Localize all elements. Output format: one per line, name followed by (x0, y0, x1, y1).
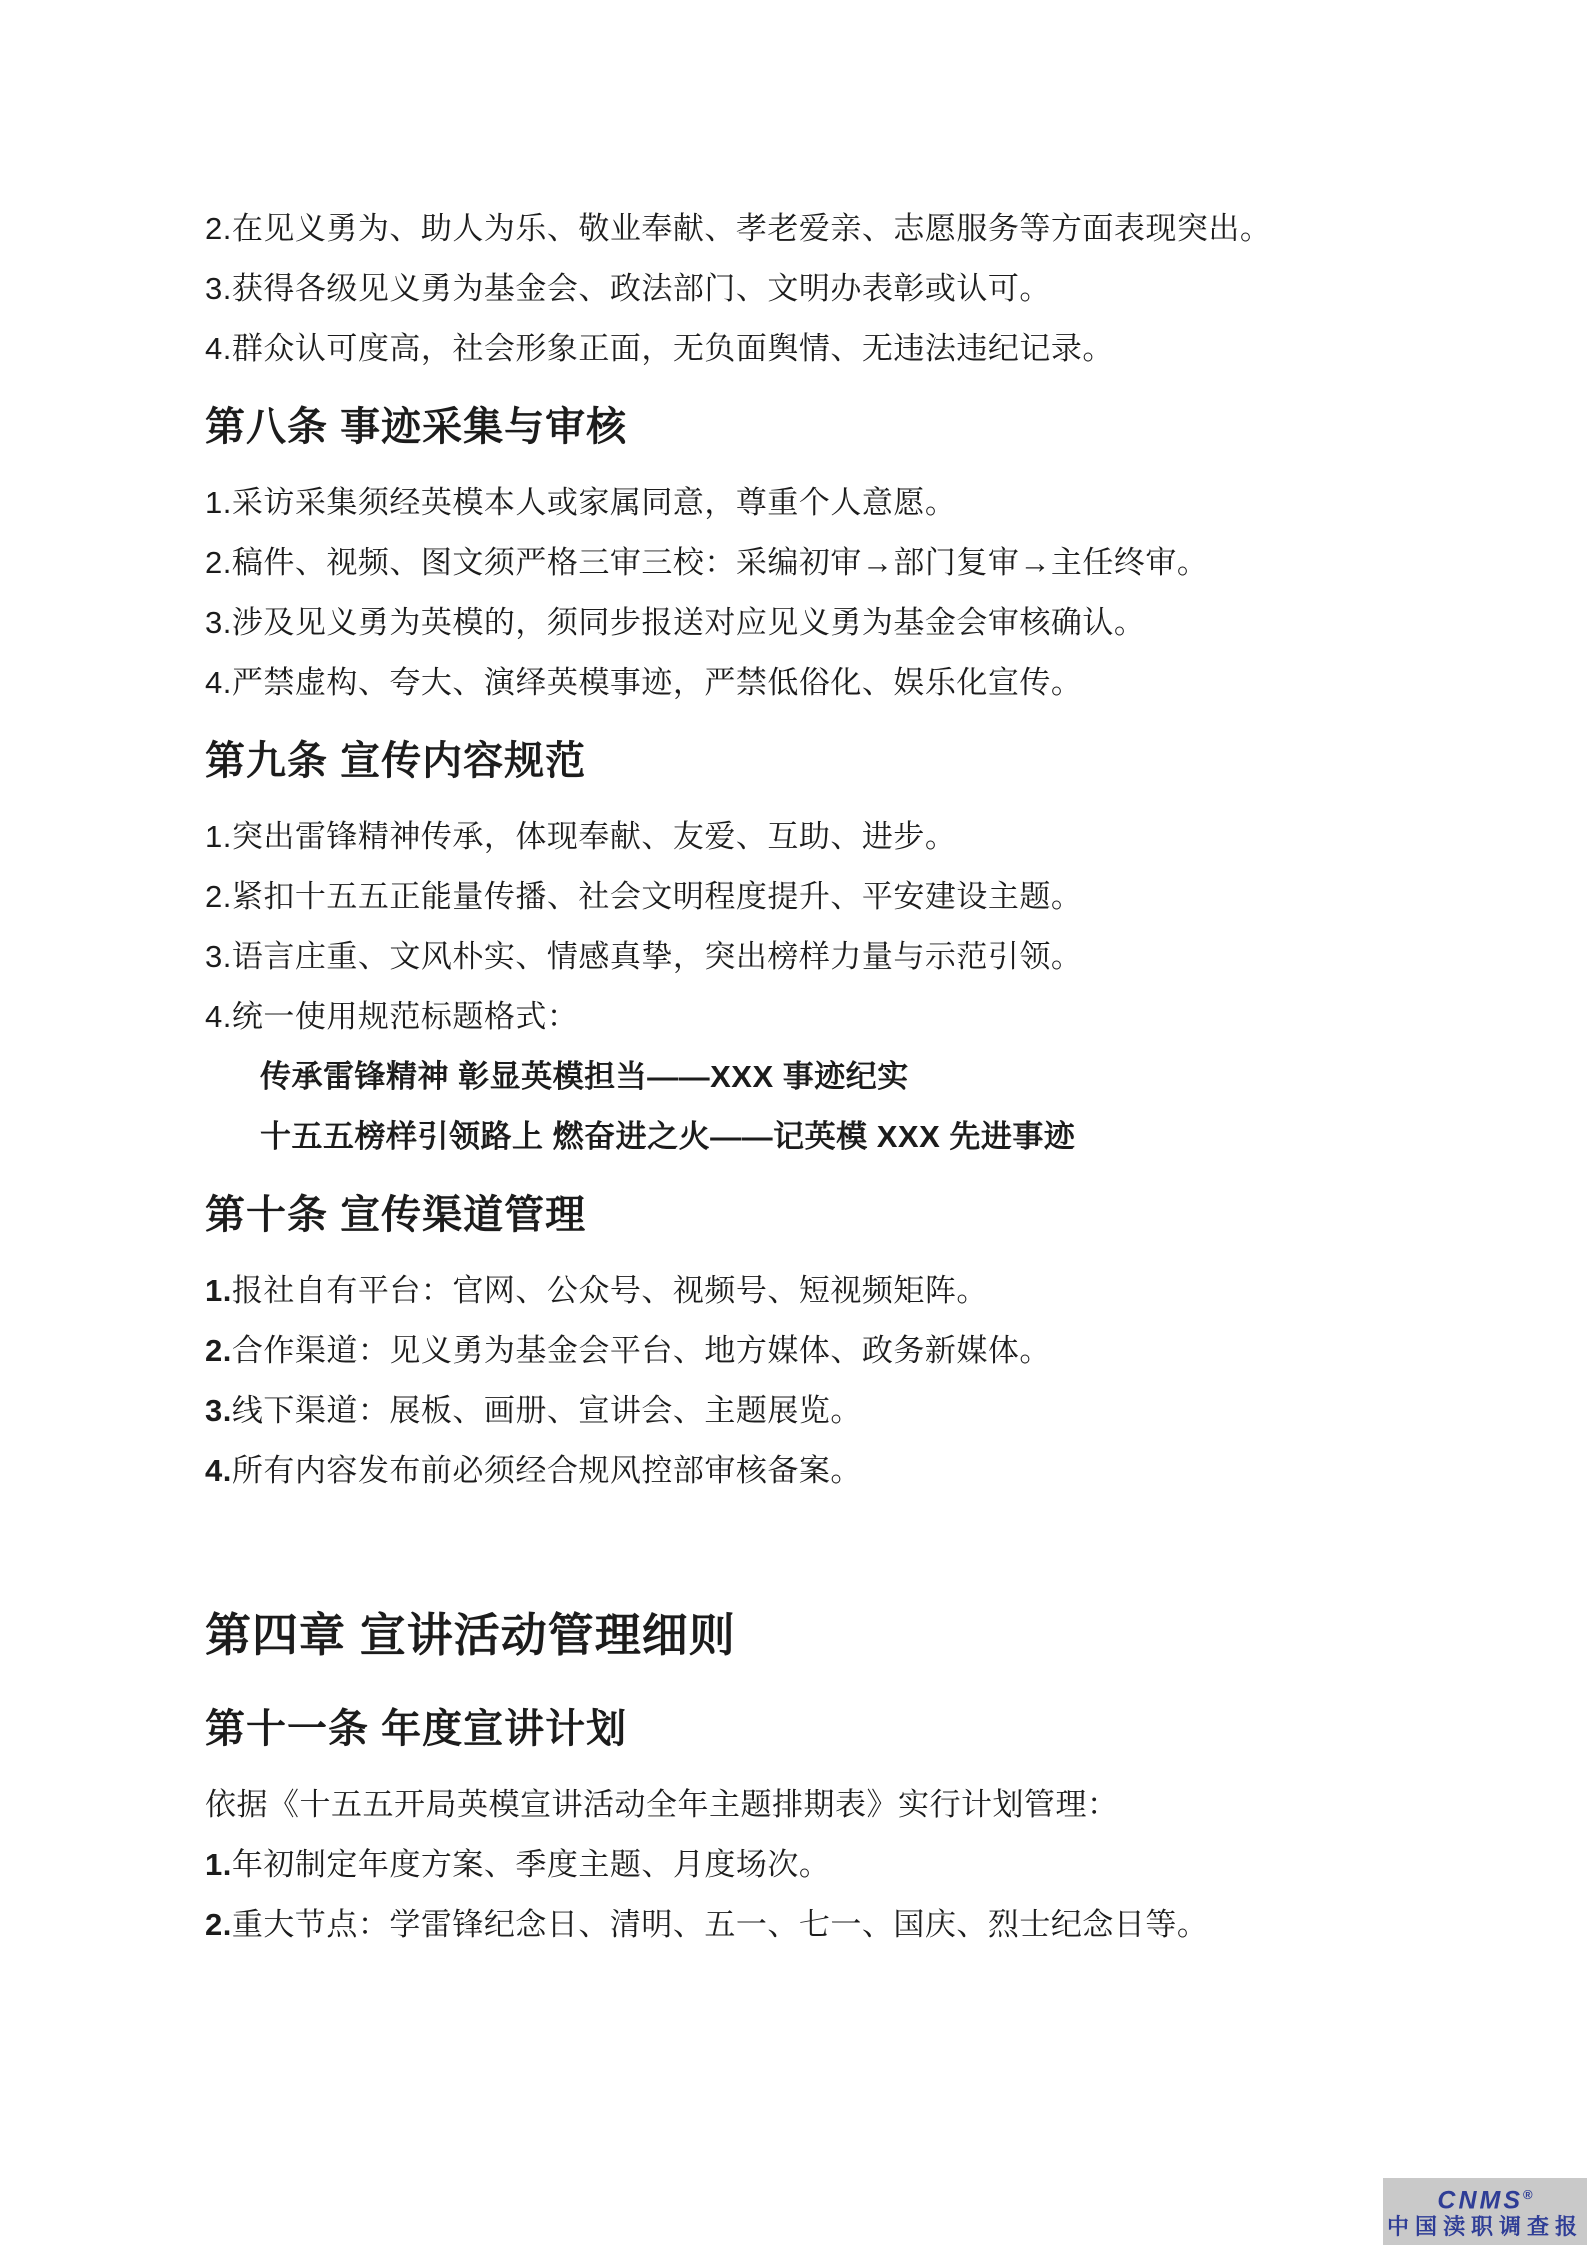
paragraph: 4.群众认可度高，社会形象正面，无负面舆情、无违法违纪记录。 (205, 328, 1395, 370)
list-number: 3. (205, 1393, 232, 1428)
list-number: 1. (205, 485, 232, 520)
paragraph-text: 严禁虚构、夸大、演绎英模事迹，严禁低俗化、娱乐化宣传。 (232, 665, 1083, 700)
paragraph: 2.紧扣十五五正能量传播、社会文明程度提升、平安建设主题。 (205, 876, 1395, 918)
paragraph: 2.在见义勇为、助人为乐、敬业奉献、孝老爱亲、志愿服务等方面表现突出。 (205, 208, 1395, 250)
list-number: 3. (205, 271, 232, 306)
headline-example: 十五五榜样引领路上 燃奋进之火——记英模 XXX 先进事迹 (205, 1116, 1395, 1158)
list-number: 4. (205, 665, 232, 700)
list-number: 4. (205, 999, 232, 1034)
list-number: 2. (205, 1333, 232, 1368)
list-number: 2. (205, 211, 232, 246)
paragraph: 4.所有内容发布前必须经合规风控部审核备案。 (205, 1450, 1395, 1492)
article-heading: 第十条 宣传渠道管理 (205, 1188, 1395, 1242)
paragraph: 3.语言庄重、文风朴实、情感真挚，突出榜样力量与示范引领。 (205, 936, 1395, 978)
paragraph: 4.严禁虚构、夸大、演绎英模事迹，严禁低俗化、娱乐化宣传。 (205, 662, 1395, 704)
paragraph: 1.采访采集须经英模本人或家属同意，尊重个人意愿。 (205, 482, 1395, 524)
paragraph-text: 重大节点：学雷锋纪念日、清明、五一、七一、国庆、烈士纪念日等。 (232, 1907, 1209, 1942)
paragraph-text: 涉及见义勇为英模的，须同步报送对应见义勇为基金会审核确认。 (232, 605, 1146, 640)
paragraph: 4.统一使用规范标题格式： (205, 996, 1395, 1038)
list-number: 2. (205, 1907, 232, 1942)
paragraph-text: 所有内容发布前必须经合规风控部审核备案。 (232, 1453, 862, 1488)
paragraph: 3.获得各级见义勇为基金会、政法部门、文明办表彰或认可。 (205, 268, 1395, 310)
paragraph-text: 紧扣十五五正能量传播、社会文明程度提升、平安建设主题。 (232, 879, 1083, 914)
article-heading: 第九条 宣传内容规范 (205, 734, 1395, 788)
paragraph-text: 突出雷锋精神传承，体现奉献、友爱、互助、进步。 (232, 819, 957, 854)
document-content: 2.在见义勇为、助人为乐、敬业奉献、孝老爱亲、志愿服务等方面表现突出。3.获得各… (205, 208, 1395, 1964)
chapter-heading: 第四章 宣讲活动管理细则 (205, 1604, 1395, 1666)
paragraph: 1.报社自有平台：官网、公众号、视频号、短视频矩阵。 (205, 1270, 1395, 1312)
paragraph-text: 报社自有平台：官网、公众号、视频号、短视频矩阵。 (232, 1273, 988, 1308)
paragraph-text: 稿件、视频、图文须严格三审三校：采编初审→部门复审→主任终审。 (232, 545, 1209, 580)
list-number: 3. (205, 605, 232, 640)
list-number: 1. (205, 819, 232, 854)
paragraph-text: 年初制定年度方案、季度主题、月度场次。 (232, 1847, 831, 1882)
article-heading: 第八条 事迹采集与审核 (205, 400, 1395, 454)
paragraph: 3.涉及见义勇为英模的，须同步报送对应见义勇为基金会审核确认。 (205, 602, 1395, 644)
paragraph-text: 语言庄重、文风朴实、情感真挚，突出榜样力量与示范引领。 (232, 939, 1083, 974)
paragraph-text: 统一使用规范标题格式： (232, 999, 579, 1034)
list-number: 2. (205, 879, 232, 914)
paragraph: 1.年初制定年度方案、季度主题、月度场次。 (205, 1844, 1395, 1886)
paragraph-text: 依据《十五五开局英模宣讲活动全年主题排期表》实行计划管理： (205, 1787, 1119, 1822)
registered-trademark-icon: ® (1523, 2187, 1533, 2202)
paragraph-text: 线下渠道：展板、画册、宣讲会、主题展览。 (232, 1393, 862, 1428)
paragraph: 2.重大节点：学雷锋纪念日、清明、五一、七一、国庆、烈士纪念日等。 (205, 1904, 1395, 1946)
cnms-logo-text: CNMS (1437, 2186, 1523, 2214)
list-number: 1. (205, 1273, 232, 1308)
article-heading: 第十一条 年度宣讲计划 (205, 1702, 1395, 1756)
paragraph: 1.突出雷锋精神传承，体现奉献、友爱、互助、进步。 (205, 816, 1395, 858)
cnms-watermark-badge: CNMS® 中国渎职调查报 (1383, 2178, 1587, 2245)
paragraph-text: 在见义勇为、助人为乐、敬业奉献、孝老爱亲、志愿服务等方面表现突出。 (232, 211, 1272, 246)
list-number: 4. (205, 1453, 232, 1488)
paragraph: 3.线下渠道：展板、画册、宣讲会、主题展览。 (205, 1390, 1395, 1432)
list-number: 1. (205, 1847, 232, 1882)
list-number: 3. (205, 939, 232, 974)
document-page: 2.在见义勇为、助人为乐、敬业奉献、孝老爱亲、志愿服务等方面表现突出。3.获得各… (0, 0, 1587, 2245)
paragraph-text: 获得各级见义勇为基金会、政法部门、文明办表彰或认可。 (232, 271, 1051, 306)
cnms-chinese-name: 中国渎职调查报 (1387, 2213, 1583, 2241)
cnms-logo: CNMS® (1437, 2182, 1532, 2213)
paragraph-text: 合作渠道：见义勇为基金会平台、地方媒体、政务新媒体。 (232, 1333, 1051, 1368)
headline-example: 传承雷锋精神 彰显英模担当——XXX 事迹纪实 (205, 1056, 1395, 1098)
paragraph: 依据《十五五开局英模宣讲活动全年主题排期表》实行计划管理： (205, 1784, 1395, 1826)
list-number: 4. (205, 331, 232, 366)
paragraph: 2.合作渠道：见义勇为基金会平台、地方媒体、政务新媒体。 (205, 1330, 1395, 1372)
paragraph: 2.稿件、视频、图文须严格三审三校：采编初审→部门复审→主任终审。 (205, 542, 1395, 584)
list-number: 2. (205, 545, 232, 580)
paragraph-text: 群众认可度高，社会形象正面，无负面舆情、无违法违纪记录。 (232, 331, 1114, 366)
paragraph-text: 采访采集须经英模本人或家属同意，尊重个人意愿。 (232, 485, 957, 520)
